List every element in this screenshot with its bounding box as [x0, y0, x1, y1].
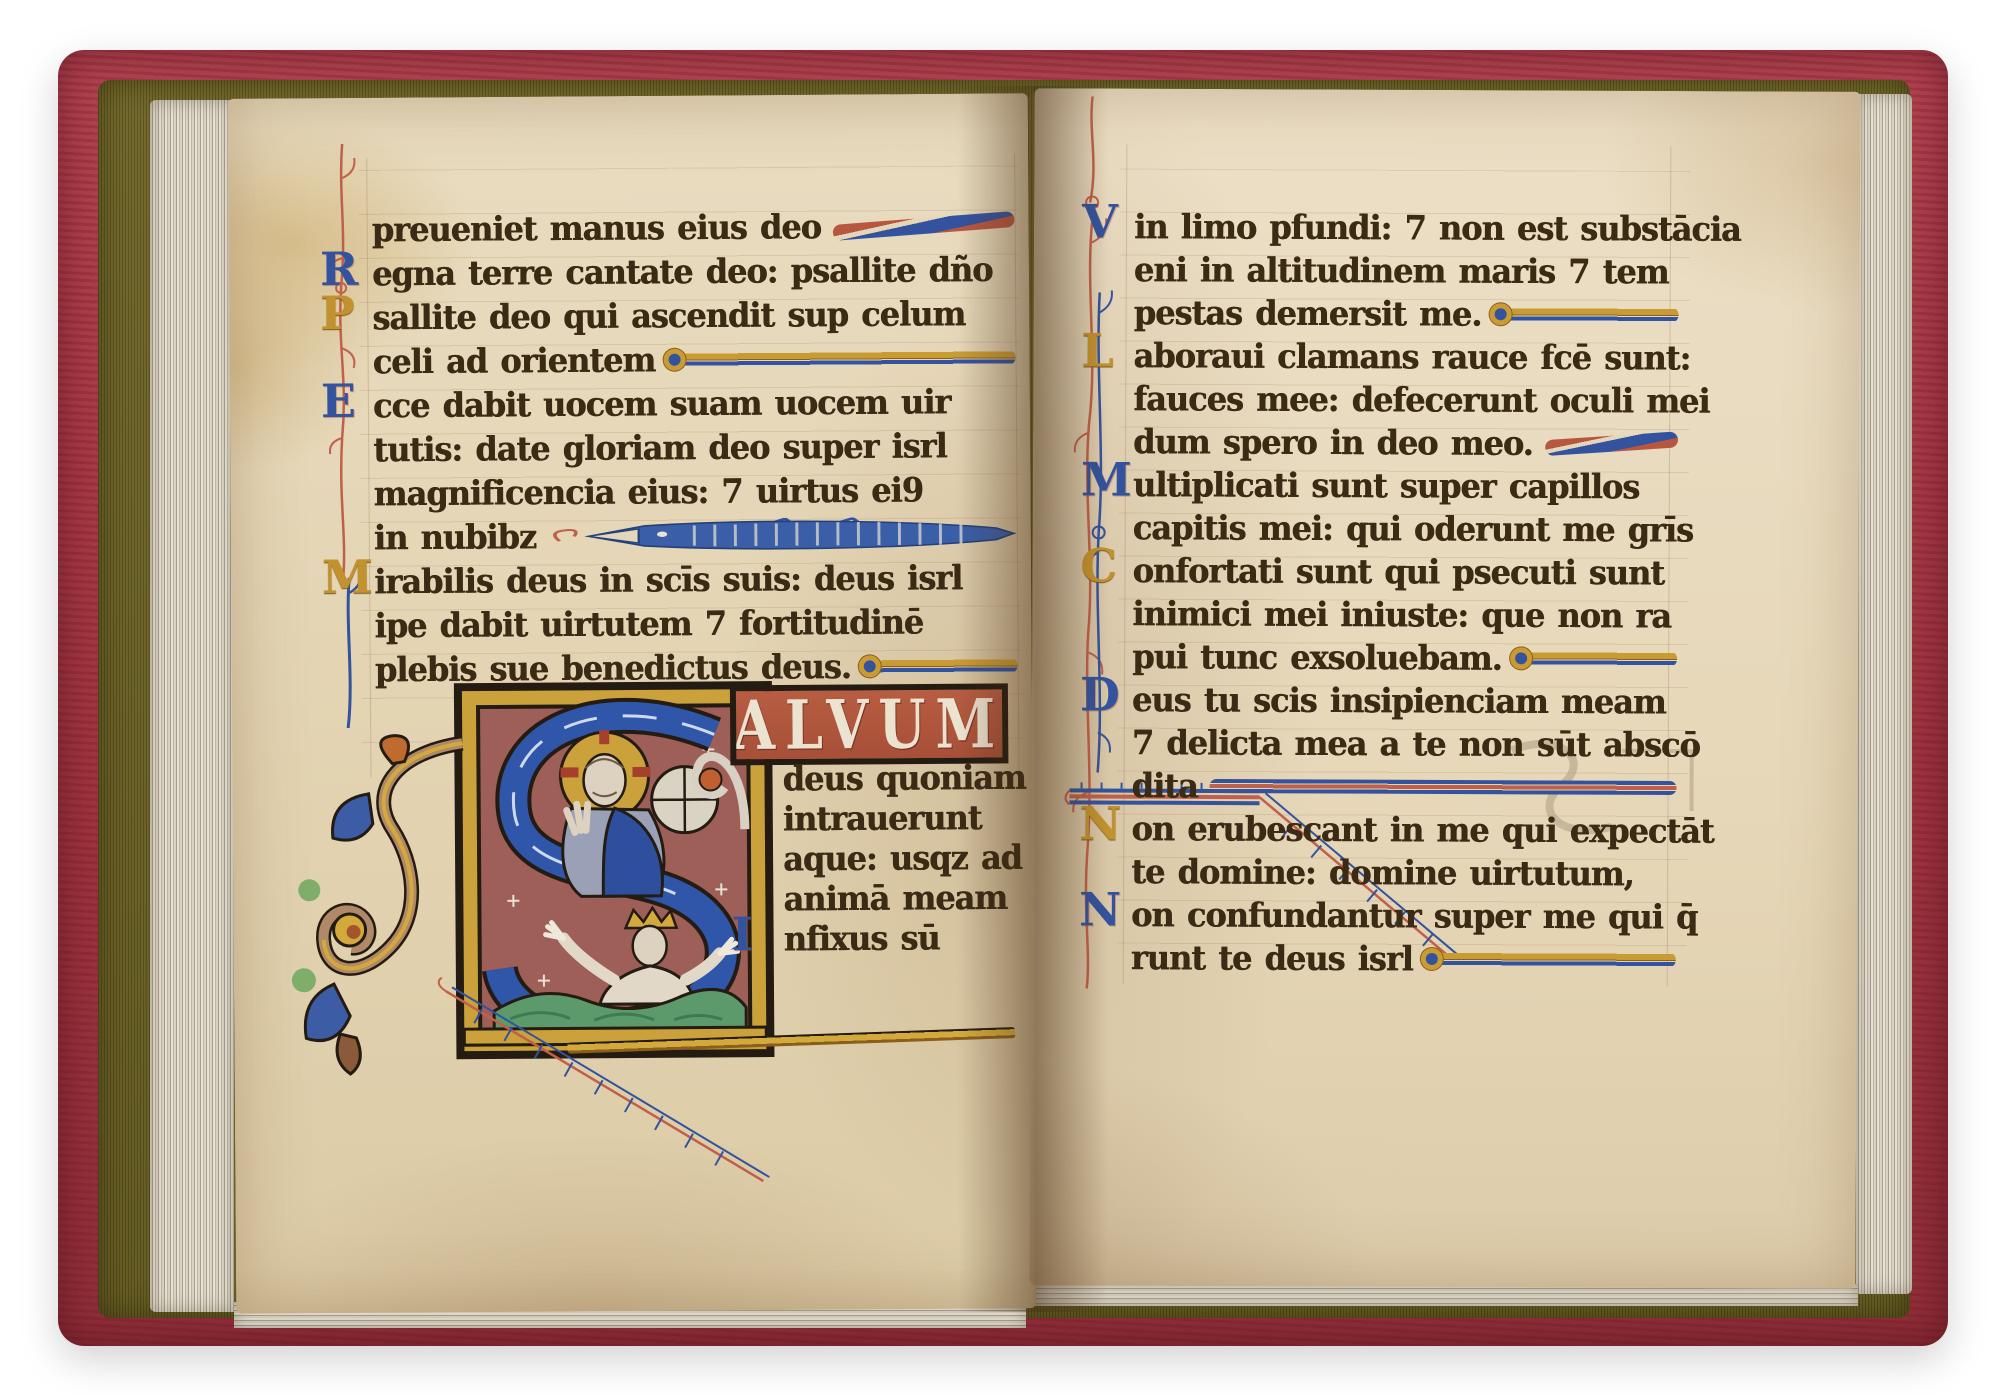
manuscript-line: te domine: domine uirtutum,: [1131, 852, 1676, 894]
manuscript-line: magnificencia eius: 7 uirtus ei9: [373, 469, 1016, 513]
manuscript-line: plebis sue benedictus deus.: [375, 645, 1018, 689]
versal-initial: M: [1081, 456, 1132, 502]
line-text: pestas demersit me.: [1134, 293, 1482, 334]
line-text: aque: usqz ad: [783, 837, 1022, 879]
versal-initial: D: [1080, 671, 1120, 717]
line-text: in nubibz: [374, 517, 536, 558]
manuscript-line: dum spero in deo meo.: [1133, 422, 1678, 464]
manuscript-line: tutis: date gloriam deo super isrl: [373, 425, 1016, 469]
line-text: animā meam: [783, 877, 1007, 918]
line-text: fauces mee: defecerunt oculi mei: [1133, 379, 1709, 421]
line-text: on confundantur super me qui q̄: [1131, 895, 1697, 937]
manuscript-line: Confortati sunt qui psecuti sunt: [1132, 551, 1677, 593]
gold-blue-line-filler: [667, 349, 1016, 367]
line-text: on erubescant in me qui expectāt: [1131, 809, 1713, 851]
line-text: dum spero in deo meo.: [1133, 422, 1533, 464]
manuscript-line: fauces mee: defecerunt oculi mei: [1133, 379, 1678, 421]
line-text: capitis mei: qui oderunt me grīs: [1133, 508, 1693, 550]
line-text: dita: [1131, 766, 1197, 806]
manuscript-line: Vin limo pfundi: 7 non est substācia: [1134, 207, 1679, 249]
gold-blue-line-filler: [1493, 306, 1678, 323]
manuscript-line: Multiplicati sunt super capillos: [1133, 465, 1678, 507]
line-text: te domine: domine uirtutum,: [1131, 852, 1634, 894]
line-text: runt te deus isrl: [1131, 938, 1413, 979]
page-edges-left: [150, 100, 234, 1312]
line-text: eni in altitudinem maris 7 tem: [1134, 250, 1669, 292]
manuscript-line: in nubibz: [374, 513, 1017, 557]
line-text: celi ad orientem: [372, 340, 655, 382]
versal-initial: N: [1079, 800, 1121, 846]
manuscript-line: capitis mei: qui oderunt me grīs: [1133, 508, 1678, 550]
manuscript-line: Psallite deo qui ascendit sup celum: [372, 293, 1015, 337]
manuscript-line: intrauerunt: [783, 797, 1019, 839]
line-text: in limo pfundi: 7 non est substācia: [1134, 207, 1741, 250]
versal-initial: C: [1080, 542, 1117, 588]
line-text: tutis: date gloriam deo super isrl: [373, 426, 947, 470]
line-text: aboraui clamans rauce fcē sunt:: [1133, 336, 1690, 378]
manuscript-line: Non erubescant in me qui expectāt: [1131, 809, 1676, 851]
page-edges-right: [1856, 94, 1912, 1294]
line-text: irabilis deus in scīs suis: deus isrl: [374, 558, 962, 602]
feathered-diagonal-flourish: [432, 975, 794, 1208]
versal-initial: E: [321, 378, 356, 424]
versal-initial: N: [1079, 886, 1121, 932]
rubric-capitals: ALVUM: [733, 683, 1006, 765]
line-text: sallite deo qui ascendit sup celum: [372, 294, 965, 338]
manuscript-line: Deus tu scis insipienciam meam: [1132, 680, 1677, 722]
versal-initial: I: [731, 911, 753, 957]
manuscript-line: dita: [1131, 766, 1676, 808]
manuscript-line: pestas demersit me.: [1134, 293, 1679, 335]
manuscript-line: Ecce dabit uocem suam uocem uir: [373, 381, 1016, 425]
line-text: deus quoniam: [782, 757, 1025, 799]
fish-line-filler: [548, 516, 1017, 553]
rubric-panel: ALVUM: [730, 683, 1009, 765]
line-text: onfortati sunt qui psecuti sunt: [1132, 551, 1664, 593]
manuscript-line: Laboraui clamans rauce fcē sunt:: [1133, 336, 1678, 378]
line-text: nfixus sū: [784, 918, 940, 959]
manuscript-line: 7 delicta mea a te non sūt abscō: [1132, 723, 1677, 765]
versal-initial: L: [1081, 327, 1114, 373]
manuscript-line: preueniet manus eius deo: [372, 205, 1015, 249]
line-text: egna terre cantate deo: psallite dño: [372, 250, 993, 294]
manuscript-line: aque: usqz ad: [783, 837, 1019, 879]
line-text: magnificencia eius: 7 uirtus ei9: [373, 470, 923, 514]
manuscript-line: celi ad orientem: [372, 337, 1015, 381]
manuscript-line: Mirabilis deus in scīs suis: deus isrl: [374, 557, 1017, 601]
left-page: ALVUM preueniet manus eius deoRegn: [228, 93, 1036, 1314]
line-text: pui tunc exsoluebam.: [1132, 637, 1502, 679]
versal-initial: V: [1082, 198, 1118, 244]
manuscript-line: inimici mei iniuste: que non ra: [1132, 594, 1677, 636]
manuscript-line: Regna terre cantate deo: psallite dño: [372, 249, 1015, 293]
manuscript-line: deus quoniam: [782, 757, 1018, 799]
manuscript-line: pui tunc exsoluebam.: [1132, 637, 1677, 679]
versal-initial: M: [322, 554, 373, 600]
line-text: intrauerunt: [783, 798, 982, 839]
right-page: Vin limo pfundi: 7 non est substāciaeni …: [1029, 88, 1860, 1289]
line-text: cce dabit uocem suam uocem uir: [373, 382, 950, 426]
line-text: preueniet manus eius deo: [372, 207, 821, 250]
manuscript-line: Infixus sū: [784, 917, 1020, 959]
gold-blue-line-filler: [863, 657, 1018, 674]
gold-blue-line-filler: [1425, 951, 1676, 968]
line-text: plebis sue benedictus deus.: [375, 647, 851, 690]
line-text: eus tu scis insipienciam meam: [1132, 680, 1666, 722]
line-text: ipe dabit uirtutem 7 fortitudinē: [374, 602, 923, 646]
manuscript-line: ipe dabit uirtutem 7 fortitudinē: [374, 601, 1017, 645]
versal-initial: P: [320, 290, 355, 336]
line-text: ultiplicati sunt super capillos: [1133, 465, 1639, 507]
manuscript-line: animā meam: [783, 877, 1019, 919]
gold-blue-line-filler: [1514, 650, 1678, 667]
line-text: 7 delicta mea a te non sūt abscō: [1132, 723, 1700, 765]
blue-red-line-filler: [1210, 779, 1677, 795]
line-text: inimici mei iniuste: que non ra: [1132, 594, 1671, 636]
red-blue-line-filler: [833, 211, 1015, 241]
manuscript-line: eni in altitudinem maris 7 tem: [1134, 250, 1679, 292]
manuscript-line: Non confundantur super me qui q̄: [1131, 895, 1676, 937]
manuscript-line: runt te deus isrl: [1131, 938, 1676, 980]
red-blue-line-filler: [1544, 431, 1678, 456]
manuscript-photo: ALVUM preueniet manus eius deoRegn: [0, 0, 2000, 1395]
